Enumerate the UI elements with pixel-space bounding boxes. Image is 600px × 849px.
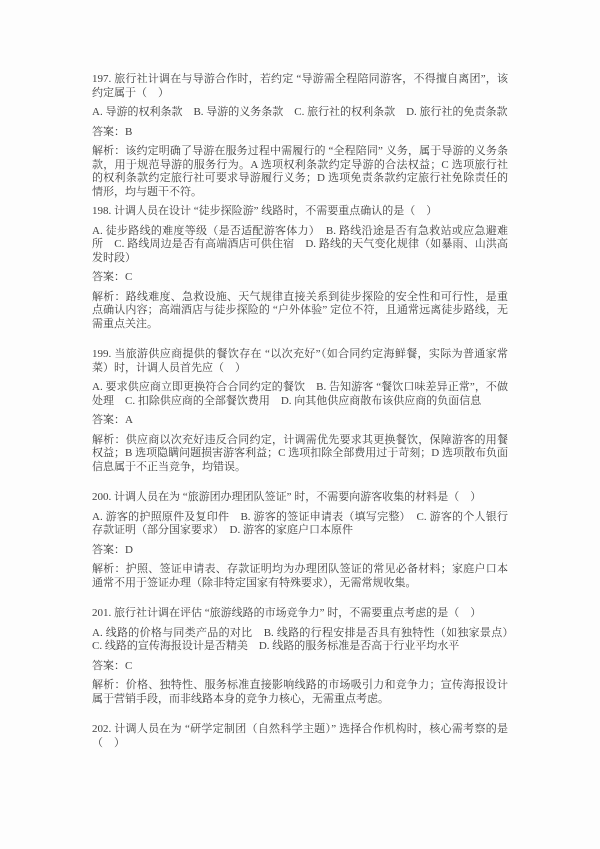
question-199: 199. 当旅游供应商提供的餐饮存在 “以次充好”（如合同约定海鲜餐，实际为普通… <box>92 348 508 474</box>
exam-document-page: 197. 旅行社计调在与导游合作时，若约定 “导游需全程陪同游客，不得擅自离团”… <box>0 0 600 849</box>
question-200: 200. 计调人员在为 “旅游团办理团队签证” 时，不需要向游客收集的材料是（ … <box>92 491 508 590</box>
answer-line: 答案：B <box>92 126 508 140</box>
question-197: 197. 旅行社计调在与导游合作时，若约定 “导游需全程陪同游客，不得擅自离团”… <box>92 73 508 199</box>
question-options: A. 导游的权利条款 B. 导游的义务条款 C. 旅行社的权利条款 D. 旅行社… <box>92 106 508 120</box>
question-options: A. 线路的价格与同类产品的对比 B. 线路的行程安排是否具有独特性（如独家景点… <box>92 627 508 654</box>
analysis-text: 解析：路线难度、急救设施、天气规律直接关系到徒步探险的安全性和可行性，是重点确认… <box>92 291 508 332</box>
answer-line: 答案：C <box>92 660 508 674</box>
analysis-text: 解析：价格、独特性、服务标准直接影响线路的市场吸引力和竞争力；宣传海报设计属于营… <box>92 679 508 706</box>
question-stem: 200. 计调人员在为 “旅游团办理团队签证” 时，不需要向游客收集的材料是（ … <box>92 491 508 505</box>
analysis-text: 解析：该约定明确了导游在服务过程中需履行的 “全程陪同” 义务，属于导游的义务条… <box>92 145 508 199</box>
question-201: 201. 旅行社计调在评估 “旅游线路的市场竞争力” 时，不需要重点考虑的是（ … <box>92 607 508 706</box>
answer-line: 答案：D <box>92 544 508 558</box>
analysis-text: 解析：护照、签证申请表、存款证明均为办理团队签证的常见必备材料；家庭户口本通常不… <box>92 563 508 590</box>
question-stem: 198. 计调人员在设计 “徒步探险游” 线路时，不需要重点确认的是（ ） <box>92 205 508 219</box>
answer-line: 答案：A <box>92 414 508 428</box>
question-stem: 199. 当旅游供应商提供的餐饮存在 “以次充好”（如合同约定海鲜餐，实际为普通… <box>92 348 508 375</box>
answer-line: 答案：C <box>92 271 508 285</box>
question-stem: 201. 旅行社计调在评估 “旅游线路的市场竞争力” 时，不需要重点考虑的是（ … <box>92 607 508 621</box>
question-stem: 202. 计调人员在为 “研学定制团（自然科学主题）” 选择合作机构时，核心需考… <box>92 723 508 750</box>
question-options: A. 游客的护照原件及复印件 B. 游客的签证申请表（填写完整） C. 游客的个… <box>92 511 508 538</box>
question-options: A. 要求供应商立即更换符合合同约定的餐饮 B. 告知游客 “餐饮口味差异正常”… <box>92 381 508 408</box>
question-198: 198. 计调人员在设计 “徒步探险游” 线路时，不需要重点确认的是（ ） A.… <box>92 205 508 331</box>
question-options: A. 徒步路线的难度等级（是否适配游客体力） B. 路线沿途是否有急救站或应急避… <box>92 225 508 266</box>
question-202: 202. 计调人员在为 “研学定制团（自然科学主题）” 选择合作机构时，核心需考… <box>92 723 508 750</box>
question-stem: 197. 旅行社计调在与导游合作时，若约定 “导游需全程陪同游客，不得擅自离团”… <box>92 73 508 100</box>
analysis-text: 解析：供应商以次充好违反合同约定，计调需优先要求其更换餐饮，保障游客的用餐权益；… <box>92 434 508 475</box>
